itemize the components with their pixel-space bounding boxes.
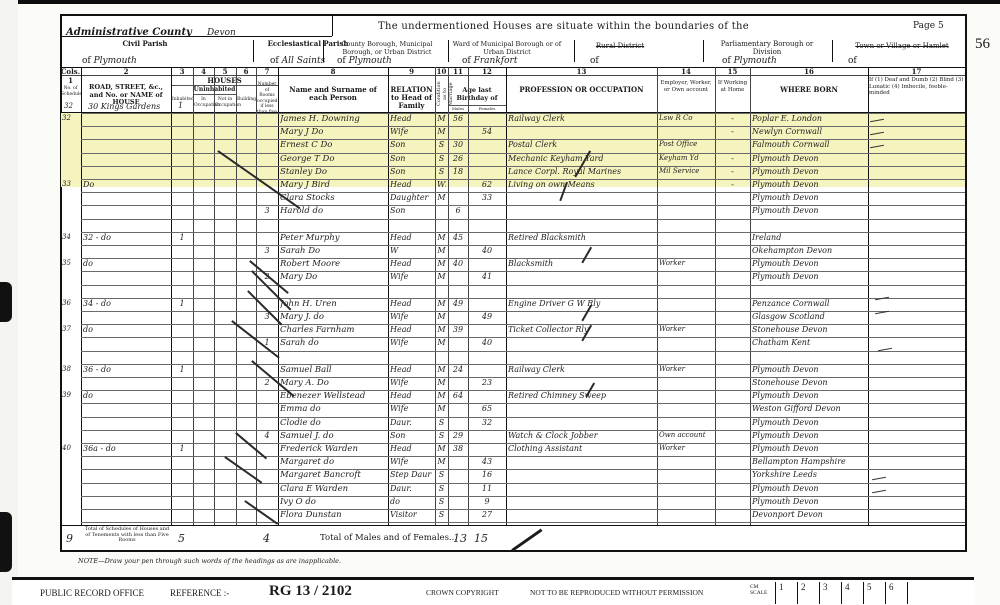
employer-cell: Lsw R Co [659,114,713,122]
working-at-home-cell: - [717,127,748,136]
table-row[interactable]: Flora DunstanVisitorS27Devonport Devon [61,509,965,522]
occupation-cell: Railway Clerk [508,114,655,123]
town-village-field: of [848,56,857,66]
divider [832,40,833,62]
relation-cell: Head [390,325,433,334]
parliamentary-borough-field: of Plymouth [722,56,777,66]
parliamentary-borough-value: Plymouth [734,56,777,66]
name-cell: Mary J Do [280,127,386,137]
column-number: 3 [171,67,193,76]
divider [62,36,332,37]
name-cell: Frederick Warden [280,444,386,454]
condition-cell: M [437,325,446,334]
column-number: 6 [236,67,256,76]
total-rooms: 4 [263,532,270,545]
total-schedules-count: 9 [66,532,73,545]
address-cell: 32 - do [83,233,169,242]
table-row[interactable]: 3Mary J. doWifeM49Glasgow Scotland [61,311,965,324]
birthplace-cell: Bellampton Hampshire [752,457,866,466]
table-row[interactable]: 39doEbenezer WellsteadHeadM64Retired Chi… [61,390,965,403]
address-cell: do [83,325,169,334]
name-cell: Margaret do [280,457,386,467]
total-males-females-label: Total of Males and of Females... [320,533,457,543]
row-divider [81,522,965,523]
schedule-number-cell: 38 [62,365,79,373]
reference-value: RG 13 / 2102 [269,583,352,600]
working-at-home-cell: - [717,167,748,176]
boundaries-text: The undermentioned Houses are situate wi… [378,21,749,32]
birthplace-cell: Plymouth Devon [752,154,866,163]
table-row[interactable]: 1Sarah doWifeM40Chatham Kent [61,337,965,350]
condition-cell: M [437,312,446,321]
relation-cell: Daur. [390,484,433,493]
inhabited-cell: 1 [173,444,191,453]
column-number: 5 [214,67,236,76]
female-age-cell: 49 [470,312,504,321]
condition-cell: S [437,418,446,427]
occupation-cell: Railway Clerk [508,365,655,374]
condition-cell: M [437,193,446,202]
schedule-number-cell: 34 [62,233,79,241]
column-header: PROFESSION OR OCCUPATION [507,86,656,94]
male-age-cell: 24 [450,365,466,374]
civil-parish-value: Plymouth [94,56,137,66]
birthplace-cell: Okehampton Devon [752,246,866,255]
column-number: 15 [715,67,750,76]
table-row[interactable]: Ivy O dodoS9Plymouth Devon [61,496,965,509]
column-number: Cols. 1 [60,67,81,85]
scale-end [907,582,929,604]
column-number: 16 [750,67,868,76]
condition-cell: M [437,233,446,242]
birthplace-cell: Falmouth Cornwall [752,140,866,149]
birthplace-cell: Plymouth Devon [752,180,866,189]
condition-cell: Wid [437,180,446,189]
page-label: Page 5 [913,21,944,31]
female-age-cell: 62 [470,180,504,189]
column-header: Number of Rooms occupied if less than fi… [257,82,277,115]
condition-cell: S [437,484,446,493]
condition-cell: S [437,470,446,479]
table-row[interactable]: 3Harold doSon6Plymouth Devon [61,205,965,218]
name-cell: John H. Uren [280,299,386,309]
column-header: RELATION to Head of Family [389,86,434,110]
address-cell: 34 - do [83,299,169,308]
address-cell: do [83,259,169,268]
table-row[interactable]: Clara E WardenDaur.S11Plymouth Devon [61,483,965,496]
employer-cell: Worker [659,365,713,373]
header-schedule-number: 32 [64,102,73,110]
table-row[interactable]: Margaret BancroftStep DaurS16Yorkshire L… [61,469,965,482]
divider [448,105,506,106]
name-cell: Mary A. Do [280,378,386,388]
column-header: Females [469,106,505,111]
column-header: No. of Schedule [61,86,80,97]
male-age-cell: 64 [450,391,466,400]
name-cell: Sarah do [280,338,386,348]
employer-cell: Mil Service [659,167,713,175]
occupation-cell: Postal Clerk [508,140,655,149]
female-age-cell: 9 [470,497,504,506]
female-age-cell: 16 [470,470,504,479]
schedule-number-cell: 33 [62,180,79,188]
rooms-cell: 1 [258,338,276,347]
female-age-cell: 40 [470,246,504,255]
name-cell: George T Do [280,154,386,164]
birthplace-cell: Plymouth Devon [752,365,866,374]
county-borough-value: Plymouth [349,56,392,66]
top-edge-bar [0,0,1000,4]
page-left-margin [0,0,18,605]
birthplace-cell: Glasgow Scotland [752,312,866,321]
male-age-cell: 26 [450,154,466,163]
male-age-cell: 39 [450,325,466,334]
condition-cell: M [437,299,446,308]
civil-parish-field: of Plymouth [82,56,137,66]
birthplace-cell: Plymouth Devon [752,418,866,427]
occupation-cell: Retired Blacksmith [508,233,655,242]
name-cell: Mary Do [280,272,386,282]
table-row[interactable]: Clara StocksDaughterM33Plymouth Devon [61,192,965,205]
birthplace-cell: Plymouth Devon [752,444,866,453]
table-row[interactable]: 35doRobert MooreHeadM40BlacksmithWorkerP… [61,258,965,271]
employer-cell: Keyham Yd [659,154,713,162]
column-number: 12 [468,67,506,76]
table-row[interactable]: Emma doWifeM65Weston Gifford Devon [61,403,965,416]
relation-cell: Son [390,154,433,163]
parliamentary-borough-label: Parliamentary Borough or Division [712,40,822,56]
table-row-highlighted[interactable]: George T DoSonS26Mechanic Keyham YardKey… [61,153,965,166]
column-number: 8 [278,67,388,76]
condition-cell: M [437,246,446,255]
name-cell: Ebenezer Wellstead [280,391,386,401]
name-cell: Charles Farnham [280,325,386,335]
name-cell: Ivy O do [280,497,386,507]
column-number: 17 [868,67,965,76]
permission-label: NOT TO BE REPRODUCED WITHOUT PERMISSION [530,588,703,597]
name-cell: Sarah Do [280,246,386,256]
table-row-highlighted[interactable]: Ernest C DoSonS30Postal ClerkPost Office… [61,139,965,152]
schedule-number-cell: 32 [62,114,79,122]
birthplace-cell: Ireland [752,233,866,242]
relation-cell: do [390,497,433,506]
schedule-number-cell: 39 [62,391,79,399]
column-number: 4 [193,67,214,76]
record-office-label: PUBLIC RECORD OFFICE [40,588,144,598]
relation-cell: Head [390,259,433,268]
male-age-cell: 45 [450,233,466,242]
folio-number: 56 [975,36,990,53]
birthplace-cell: Chatham Kent [752,338,866,347]
relation-cell: Wife [390,127,433,136]
inhabited-cell: 1 [173,299,191,308]
male-age-cell: 29 [450,431,466,440]
table-row[interactable]: 3634 - do1John H. UrenHeadM49Engine Driv… [61,298,965,311]
condition-cell: S [437,154,446,163]
birthplace-cell: Weston Gifford Devon [752,404,866,413]
name-cell: Harold do [280,206,386,216]
male-age-cell: 38 [450,444,466,453]
relation-cell: Son [390,431,433,440]
rooms-cell: 2 [258,272,276,281]
relation-cell: W [390,246,433,255]
birthplace-cell: Poplar E. London [752,114,866,123]
name-cell: Clodie do [280,418,386,428]
employer-cell: Own account [659,431,713,439]
column-header: If (1) Deaf and Dumb (2) Blind (3) Lunat… [869,77,964,97]
relation-cell: Son [390,140,433,149]
employer-cell: Worker [659,259,713,267]
birthplace-cell: Newlyn Cornwall [752,127,866,136]
condition-cell: S [437,497,446,506]
total-inhabited: 5 [178,532,185,545]
relation-cell: Wife [390,338,433,347]
total-males: 13 [453,532,467,545]
birthplace-cell: Stonehouse Devon [752,378,866,387]
note-text: NOTE—Draw your pen through such words of… [78,557,341,565]
rooms-cell: 2 [258,378,276,387]
condition-cell: M [437,272,446,281]
occupation-cell: Ticket Collector Rly [508,325,655,334]
condition-cell: M [437,365,446,374]
ecclesiastical-parish-field: of All Saints [270,56,325,66]
table-row[interactable]: 4036a - do1Frederick WardenHeadM38Clothi… [61,443,965,456]
condition-cell: M [437,259,446,268]
table-row[interactable]: Margaret doWifeM43Bellampton Hampshire [61,456,965,469]
divider [574,40,575,62]
table-row[interactable]: 3Sarah DoWM40Okehampton Devon [61,245,965,258]
address-cell: do [83,391,169,400]
condition-cell: M [437,391,446,400]
condition-cell: M [437,457,446,466]
name-cell: Samuel J. do [280,431,386,441]
relation-cell: Wife [390,272,433,281]
birthplace-cell: Plymouth Devon [752,193,866,202]
table-row[interactable]: Clodie doDaur.S32Plymouth Devon [61,417,965,430]
schedule-number-cell: 35 [62,259,79,267]
occupation-cell: Engine Driver G W Rly [508,299,655,308]
working-at-home-cell: - [717,154,748,163]
relation-cell: Wife [390,457,433,466]
relation-cell: Head [390,180,433,189]
condition-cell: M [437,338,446,347]
name-cell: Ernest C Do [280,140,386,150]
name-cell: Samuel Ball [280,365,386,375]
rural-district-label: Rural District [580,42,660,50]
condition-cell: M [437,444,446,453]
scale-mark: 1 [775,582,797,604]
name-cell: Flora Dunstan [280,510,386,520]
column-number: 14 [657,67,715,76]
relation-cell: Head [390,444,433,453]
header-inhabited: 1 [178,101,183,110]
column-number: 7 [256,67,278,76]
table-row[interactable]: 3836 - do1Samuel BallHeadM24Railway Cler… [61,364,965,377]
table-row[interactable]: 2Mary A. DoWifeM23Stonehouse Devon [61,377,965,390]
relation-cell: Step Daur [390,470,433,479]
column-header: In Occupation [194,97,213,108]
condition-cell: S [437,167,446,176]
name-cell: Mary J Bird [280,180,386,190]
condition-cell: M [437,127,446,136]
scale-mark: 4 [841,582,863,604]
relation-cell: Son [390,167,433,176]
divider [703,40,704,62]
inhabited-cell: 1 [173,365,191,374]
male-age-cell: 30 [450,140,466,149]
birthplace-cell: Yorkshire Leeds [752,470,866,479]
table-row[interactable]: 4Samuel J. doSonS29Watch & Clock JobberO… [61,430,965,443]
relation-cell: Head [390,114,433,123]
ward-value: Frankfort [474,56,518,66]
table-row-highlighted[interactable]: 32James H. DowningHeadM56Railway ClerkLs… [61,113,965,126]
male-age-cell: 40 [450,259,466,268]
name-cell: Mary J. do [280,312,386,322]
address-cell: 36a - do [83,444,169,453]
birthplace-cell: Stonehouse Devon [752,325,866,334]
table-row[interactable]: 33DoMary J BirdHeadWid62Living on own Me… [61,179,965,192]
divider [448,40,449,62]
relation-cell: Wife [390,404,433,413]
birthplace-cell: Plymouth Devon [752,167,866,176]
occupation-cell: Lance Corpl. Royal Marines [508,167,655,176]
female-age-cell: 11 [470,484,504,493]
scale-mark: 3 [819,582,841,604]
condition-cell: M [437,114,446,123]
column-header: Employer, Worker, or Own account [658,80,714,93]
civil-parish-label: Civil Parish [95,40,195,48]
column-number: 10 [435,67,448,76]
age-group-header: Age last Birthday of [448,86,506,102]
rooms-cell: 3 [258,312,276,321]
condition-cell: S [437,140,446,149]
column-header: Building [237,97,255,103]
relation-cell: Visitor [390,510,433,519]
column-header: Not in Occupation [215,97,235,108]
relation-cell: Head [390,233,433,242]
table-row[interactable] [61,285,965,298]
male-age-cell: 56 [450,114,466,123]
birthplace-cell: Plymouth Devon [752,431,866,440]
birthplace-cell: Devonport Devon [752,510,866,519]
name-cell: Clara Stocks [280,193,386,203]
column-header: Name and Surname of each Person [279,86,387,102]
male-age-cell: 6 [450,206,466,215]
table-row[interactable] [61,219,965,232]
rooms-cell: 3 [258,246,276,255]
occupation-cell: Mechanic Keyham Yard [508,154,655,163]
name-cell: Peter Murphy [280,233,386,243]
binding-blot [0,512,12,572]
employer-cell: Post Office [659,140,713,148]
condition-cell: M [437,378,446,387]
working-at-home-cell: - [717,180,748,189]
occupation-cell: Living on own Means [508,180,655,189]
relation-cell: Daughter [390,193,433,202]
name-cell: Emma do [280,404,386,414]
column-header: Condition as to Marriage [436,82,447,106]
birthplace-cell: Plymouth Devon [752,484,866,493]
column-number: 11 [448,67,468,76]
schedule-number-cell: 36 [62,299,79,307]
copyright-label: CROWN COPYRIGHT [426,588,499,597]
archive-footer: PUBLIC RECORD OFFICE REFERENCE :- RG 13 … [12,577,974,605]
occupation-cell: Retired Chimney Sweep [508,391,655,400]
houses-group-header: HOUSES [171,77,278,85]
binding-blot [0,282,12,322]
female-age-cell: 27 [470,510,504,519]
address-cell: Do [83,180,169,189]
divider [323,40,324,62]
employer-cell: Worker [659,444,713,452]
relation-cell: Daur. [390,418,433,427]
scale-label: CM SCALE [750,584,770,596]
name-cell: Robert Moore [280,259,386,269]
table-row-highlighted[interactable]: Mary J DoWifeM54-Newlyn Cornwall [61,126,965,139]
birthplace-cell: Plymouth Devon [752,272,866,281]
female-age-cell: 41 [470,272,504,281]
employer-cell: Worker [659,325,713,333]
condition-cell: S [437,510,446,519]
schedule-number-cell: 37 [62,325,79,333]
birthplace-cell: Plymouth Devon [752,259,866,268]
female-age-cell: 43 [470,457,504,466]
name-cell: Stanley Do [280,167,386,177]
relation-cell: Head [390,365,433,374]
reference-label: REFERENCE :- [170,588,229,598]
scale-mark: 6 [885,582,907,604]
female-age-cell: 33 [470,193,504,202]
birthplace-cell: Plymouth Devon [752,497,866,506]
occupation-cell: Blacksmith [508,259,655,268]
table-row[interactable]: 3432 - do1Peter MurphyHeadM45Retired Bla… [61,232,965,245]
ward-label: Ward of Municipal Borough or of Urban Di… [452,40,562,56]
name-cell: James H. Downing [280,114,386,124]
birthplace-cell: Plymouth Devon [752,206,866,215]
total-females: 15 [474,532,488,545]
column-header: WHERE BORN [751,86,867,94]
column-header: If Working at Home [716,80,749,93]
relation-cell: Wife [390,312,433,321]
ecclesiastical-parish-value: All Saints [282,56,326,66]
name-cell: Clara E Warden [280,484,386,494]
relation-cell: Wife [390,378,433,387]
divider [332,16,333,36]
column-header: Males [449,106,467,111]
occupation-cell: Clothing Assistant [508,444,655,453]
column-number: 13 [506,67,657,76]
condition-cell: S [437,431,446,440]
female-age-cell: 23 [470,378,504,387]
scale-mark: 5 [863,582,885,604]
birthplace-cell: Plymouth Devon [752,391,866,400]
county-borough-label: County Borough, Municipal Borough, or Ur… [332,40,442,56]
rooms-cell: 4 [258,431,276,440]
rooms-cell: 3 [258,206,276,215]
female-age-cell: 54 [470,127,504,136]
table-row[interactable] [61,351,965,364]
relation-cell: Son [390,206,433,215]
table-row[interactable]: 37doCharles FarnhamHeadM39Ticket Collect… [61,324,965,337]
county-borough-field: of Plymouth [337,56,392,66]
working-at-home-cell: - [717,114,748,123]
name-cell: Margaret Bancroft [280,470,386,480]
divider [62,525,965,526]
table-row[interactable]: 2Mary DoWifeM41Plymouth Devon [61,271,965,284]
scale-mark: 2 [797,582,819,604]
relation-cell: Head [390,299,433,308]
table-row-highlighted[interactable]: Stanley DoSonS18Lance Corpl. Royal Marin… [61,166,965,179]
